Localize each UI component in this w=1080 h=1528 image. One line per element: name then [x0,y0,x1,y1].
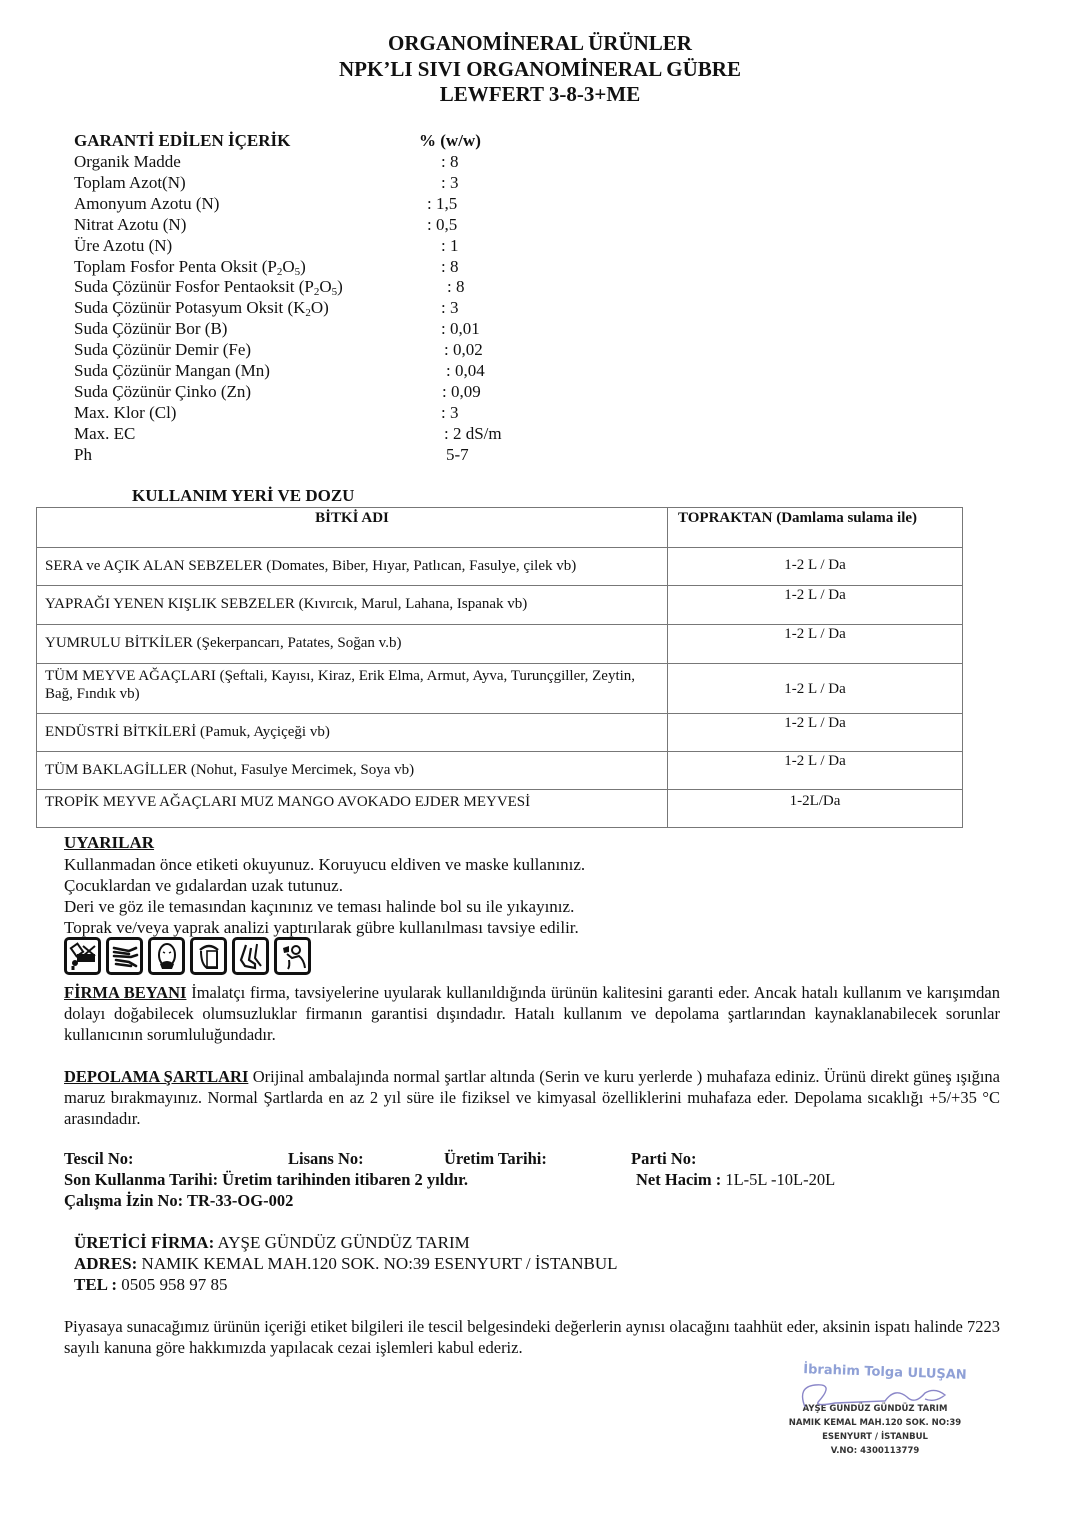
dose-cell: 1-2 L / Da [668,664,963,714]
producer-firm-label: ÜRETİCİ FİRMA: [74,1233,214,1252]
usage-row: SERA ve AÇIK ALAN SEBZELER (Domates, Bib… [37,548,963,586]
unit-heading: % (w/w) [419,131,481,152]
content-value: : 8 [441,152,458,173]
content-value: : 8 [441,257,458,278]
dose-cell: 1-2L/Da [668,790,963,828]
dose-cell: 1-2 L / Da [668,586,963,625]
producer-phone: TEL : 0505 958 97 85 [74,1274,228,1295]
usage-title: KULLANIM YERİ VE DOZU [132,486,354,506]
content-heading: GARANTİ EDİLEN İÇERİK [74,131,290,152]
producer-address: ADRES: NAMIK KEMAL MAH.120 SOK. NO:39 ES… [74,1253,618,1274]
storage-heading: DEPOLAMA ŞARTLARI [64,1067,248,1086]
safety-boots-icon [232,937,269,975]
producer-firm-value: AYŞE GÜNDÜZ GÜNDÜZ TARIM [214,1233,470,1252]
warning-line: Çocuklardan ve gıdalardan uzak tutunuz. [64,875,343,896]
content-value: : 0,01 [441,319,480,340]
content-row: Suda Çözünür Mangan (Mn): 0,04 [74,361,534,382]
stamp-line: V.NO: 4300113779 [775,1444,975,1458]
usage-row: TÜM BAKLAGİLLER (Nohut, Fasulye Mercimek… [37,752,963,790]
wash-after-use-icon [274,937,311,975]
firm-statement-text: İmalatçı firma, tavsiyelerine uyularak k… [64,983,1000,1044]
dose-cell: 1-2 L / Da [668,625,963,664]
content-value: : 3 [441,173,458,194]
content-value: : 0,5 [427,215,457,236]
content-value: : 0,04 [446,361,485,382]
content-label: Toplam Azot(N) [74,173,186,194]
content-label: Amonyum Azotu (N) [74,194,219,215]
content-row: Suda Çözünür Fosfor Pentaoksit (P2O5): 8 [74,277,534,298]
content-value: 5-7 [446,445,469,466]
usage-row: TROPİK MEYVE AĞAÇLARI MUZ MANGO AVOKADO … [37,790,963,828]
content-label: Ph [74,445,92,466]
content-value: : 1 [441,236,458,257]
content-row: Toplam Fosfor Penta Oksit (P2O5): 8 [74,257,534,278]
usage-row: YUMRULU BİTKİLER (Şekerpancarı, Patates,… [37,625,963,664]
content-label: Üre Azotu (N) [74,236,172,257]
gloves-icon [106,937,143,975]
content-row: Ph5-7 [74,445,534,466]
usage-row: TÜM MEYVE AĞAÇLARI (Şeftali, Kayısı, Kir… [37,664,963,714]
plant-name-cell: ENDÜSTRİ BİTKİLERİ (Pamuk, Ayçiçeği vb) [37,714,668,752]
net-volume-value: 1L-5L -10L-20L [721,1170,835,1189]
warning-line: Toprak ve/veya yaprak analizi yaptırılar… [64,917,579,938]
plant-name-cell: TÜM BAKLAGİLLER (Nohut, Fasulye Mercimek… [37,752,668,790]
dose-cell: 1-2 L / Da [668,714,963,752]
content-row: Organik Madde: 8 [74,152,534,173]
content-label: Suda Çözünür Bor (B) [74,319,227,340]
usage-row: YAPRAĞI YENEN KIŞLIK SEBZELER (Kıvırcık,… [37,586,963,625]
content-value: : 8 [447,277,464,298]
plant-name-cell: TROPİK MEYVE AĞAÇLARI MUZ MANGO AVOKADO … [37,790,668,828]
content-value: : 0,09 [442,382,481,403]
content-label: Suda Çözünür Demir (Fe) [74,340,251,361]
plant-name-cell: YAPRAĞI YENEN KIŞLIK SEBZELER (Kıvırcık,… [37,586,668,625]
stamp-line: NAMIK KEMAL MAH.120 SOK. NO:39 [775,1416,975,1430]
content-row: Suda Çözünür Bor (B): 0,01 [74,319,534,340]
content-row: Suda Çözünür Çinko (Zn): 0,09 [74,382,534,403]
warning-line: Kullanmadan önce etiketi okuyunuz. Koruy… [64,854,585,875]
content-row: Max. EC: 2 dS/m [74,424,534,445]
content-label: Nitrat Azotu (N) [74,215,186,236]
phone-label: TEL : [74,1275,117,1294]
phone-value: 0505 958 97 85 [117,1275,228,1294]
warnings-heading: UYARILAR [64,833,154,853]
warning-line: Deri ve göz ile temasından kaçınınız ve … [64,896,574,917]
face-shield-icon [190,937,227,975]
content-label: Suda Çözünür Potasyum Oksit (K2O) [74,298,329,319]
respirator-mask-icon [148,937,185,975]
content-row: Suda Çözünür Potasyum Oksit (K2O): 3 [74,298,534,319]
content-row: Toplam Azot(N): 3 [74,173,534,194]
product-type: NPK’LI SIVI ORGANOMİNERAL GÜBRE [0,57,1080,81]
content-label: Organik Madde [74,152,181,173]
address-value: NAMIK KEMAL MAH.120 SOK. NO:39 ESENYURT … [137,1254,617,1273]
content-row: Suda Çözünür Demir (Fe): 0,02 [74,340,534,361]
dose-column-header: TOPRAKTAN (Damlama sulama ile) [668,508,963,548]
plant-name-cell: YUMRULU BİTKİLER (Şekerpancarı, Patates,… [37,625,668,664]
work-permit-no: Çalışma İzin No: TR-33-OG-002 [64,1191,293,1211]
expiry-info: Son Kullanma Tarihi: Üretim tarihinden i… [64,1170,468,1190]
stamp-line: ESENYURT / İSTANBUL [775,1430,975,1444]
dose-cell: 1-2 L / Da [668,752,963,790]
tescil-no-label: Tescil No: [64,1149,134,1169]
usage-table: BİTKİ ADI TOPRAKTAN (Damlama sulama ile)… [36,507,963,828]
content-label: Max. EC [74,424,135,445]
content-row: Nitrat Azotu (N): 0,5 [74,215,534,236]
producer-firm: ÜRETİCİ FİRMA: AYŞE GÜNDÜZ GÜNDÜZ TARIM [74,1232,470,1253]
storage-conditions: DEPOLAMA ŞARTLARI Orijinal ambalajında n… [64,1066,1000,1129]
signature-icon [775,1379,975,1409]
parti-no-label: Parti No: [631,1149,697,1169]
content-row: Max. Klor (Cl): 3 [74,403,534,424]
content-value: : 0,02 [444,340,483,361]
product-name: LEWFERT 3-8-3+ME [0,82,1080,106]
content-label: Suda Çözünür Mangan (Mn) [74,361,270,382]
net-volume: Net Hacim : 1L-5L -10L-20L [636,1170,835,1190]
plant-column-header: BİTKİ ADI [37,508,668,548]
lisans-no-label: Lisans No: [288,1149,364,1169]
content-value: : 3 [441,403,458,424]
content-label: Suda Çözünür Çinko (Zn) [74,382,251,403]
company-stamp: İbrahim Tolga ULUŞAN AYŞE GÜNDÜZ GÜNDÜZ … [775,1365,975,1458]
net-volume-label: Net Hacim : [636,1170,721,1189]
address-label: ADRES: [74,1254,137,1273]
document-title: ORGANOMİNERAL ÜRÜNLER [0,31,1080,55]
content-row: Üre Azotu (N): 1 [74,236,534,257]
content-value: : 1,5 [427,194,457,215]
keep-away-from-children-icon [64,937,101,975]
plant-name-cell: TÜM MEYVE AĞAÇLARI (Şeftali, Kayısı, Kir… [37,664,668,714]
usage-row: ENDÜSTRİ BİTKİLERİ (Pamuk, Ayçiçeği vb)1… [37,714,963,752]
safety-icons [64,937,311,975]
dose-cell: 1-2 L / Da [668,548,963,586]
content-value: : 3 [441,298,458,319]
content-label: Suda Çözünür Fosfor Pentaoksit (P2O5) [74,277,343,298]
firm-statement-heading: FİRMA BEYANI [64,983,186,1002]
plant-name-cell: SERA ve AÇIK ALAN SEBZELER (Domates, Bib… [37,548,668,586]
commitment-statement: Piyasaya sunacağımız ürünün içeriği etik… [64,1316,1000,1358]
content-value: : 2 dS/m [444,424,502,445]
uretim-tarihi-label: Üretim Tarihi: [444,1149,547,1169]
content-label: Toplam Fosfor Penta Oksit (P2O5) [74,257,306,278]
firm-statement: FİRMA BEYANI İmalatçı firma, tavsiyeleri… [64,982,1000,1045]
content-heading-row: GARANTİ EDİLEN İÇERİK % (w/w) [74,131,534,152]
content-label: Max. Klor (Cl) [74,403,176,424]
content-row: Amonyum Azotu (N): 1,5 [74,194,534,215]
